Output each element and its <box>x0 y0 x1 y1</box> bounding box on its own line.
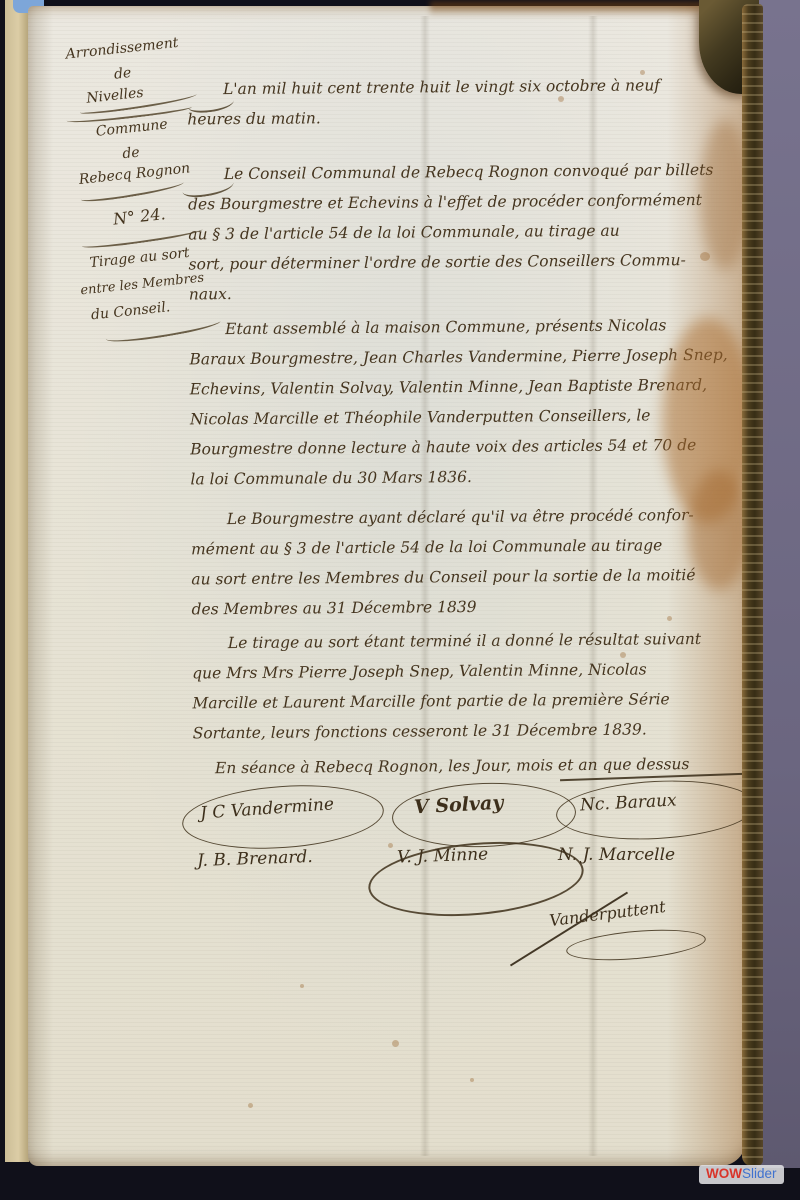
body-line: Baraux Bourgmestre, Jean Charles Vanderm… <box>189 340 747 375</box>
foxing-spot <box>667 616 672 621</box>
signature-marcelle: N. J. Marcelle <box>558 845 675 865</box>
foxing-spot <box>700 252 710 261</box>
foxing-spot <box>470 1078 474 1082</box>
body-line: Etant assemblé à la maison Commune, prés… <box>189 310 747 345</box>
signature-solvay: V Solvay <box>413 792 503 819</box>
book-page-block-edge <box>742 4 763 1166</box>
margin-line: Arrondissement <box>65 36 179 62</box>
watermark-wow-text: WOW <box>706 1166 742 1181</box>
margin-line: Tirage au sort <box>89 246 190 270</box>
foxing-spot <box>388 843 393 848</box>
body-line: sort, pour déterminer l'ordre de sortie … <box>188 245 746 280</box>
foxing-spot <box>248 1103 253 1108</box>
body-line: au § 3 de l'article 54 de la loi Communa… <box>188 215 746 250</box>
body-line: Sortante, leurs fonctions cesseront le 3… <box>193 714 751 749</box>
margin-line: du Conseil. <box>90 300 170 322</box>
margin-line: Commune <box>95 117 168 138</box>
body-line: Le Conseil Communal de Rebecq Rognon con… <box>188 155 746 190</box>
watermark-slider-text: Slider <box>742 1166 777 1181</box>
signature-minne: V. J. Minne <box>397 844 489 867</box>
foxing-spot <box>558 96 564 102</box>
body-line: Le tirage au sort étant terminé il a don… <box>192 624 750 659</box>
body-line: la loi Communale du 30 Mars 1836. <box>190 460 748 495</box>
body-line: Marcille et Laurent Marcille font partie… <box>192 684 750 719</box>
body-line: L'an mil huit cent trente huit le vingt … <box>187 70 745 105</box>
wowslider-watermark[interactable]: WOWSlider <box>699 1165 784 1184</box>
body-line: En séance à Rebecq Rognon, les Jour, moi… <box>193 749 751 784</box>
body-line: que Mrs Mrs Pierre Joseph Snep, Valentin… <box>192 654 750 689</box>
margin-line: entre les Membres <box>80 271 205 297</box>
body-line: des Membres au 31 Décembre 1839 <box>191 590 749 625</box>
body-line: naux. <box>189 275 747 310</box>
photo-frame: Arrondissement de Nivelles Commune de Re… <box>0 0 800 1200</box>
margin-case-number: N° 24. <box>112 206 166 227</box>
body-line: mément au § 3 de l'article 54 de la loi … <box>191 530 749 565</box>
margin-line: de <box>122 146 141 162</box>
backdrop-right <box>757 0 800 1168</box>
margin-line: de <box>113 66 132 82</box>
body-line: heures du matin. <box>187 100 745 135</box>
foxing-spot <box>392 1040 399 1047</box>
body-line: Le Bourgmestre ayant déclaré qu'il va êt… <box>191 500 749 535</box>
foxing-spot <box>620 652 626 658</box>
body-line: des Bourgmestre et Echevins à l'effet de… <box>188 185 746 220</box>
signature-brenard: J. B. Brenard. <box>197 847 313 871</box>
paper-stain <box>688 470 750 590</box>
foxing-spot <box>640 70 645 75</box>
foxing-spot <box>300 984 304 988</box>
body-line: au sort entre les Membres du Conseil pou… <box>191 560 749 595</box>
